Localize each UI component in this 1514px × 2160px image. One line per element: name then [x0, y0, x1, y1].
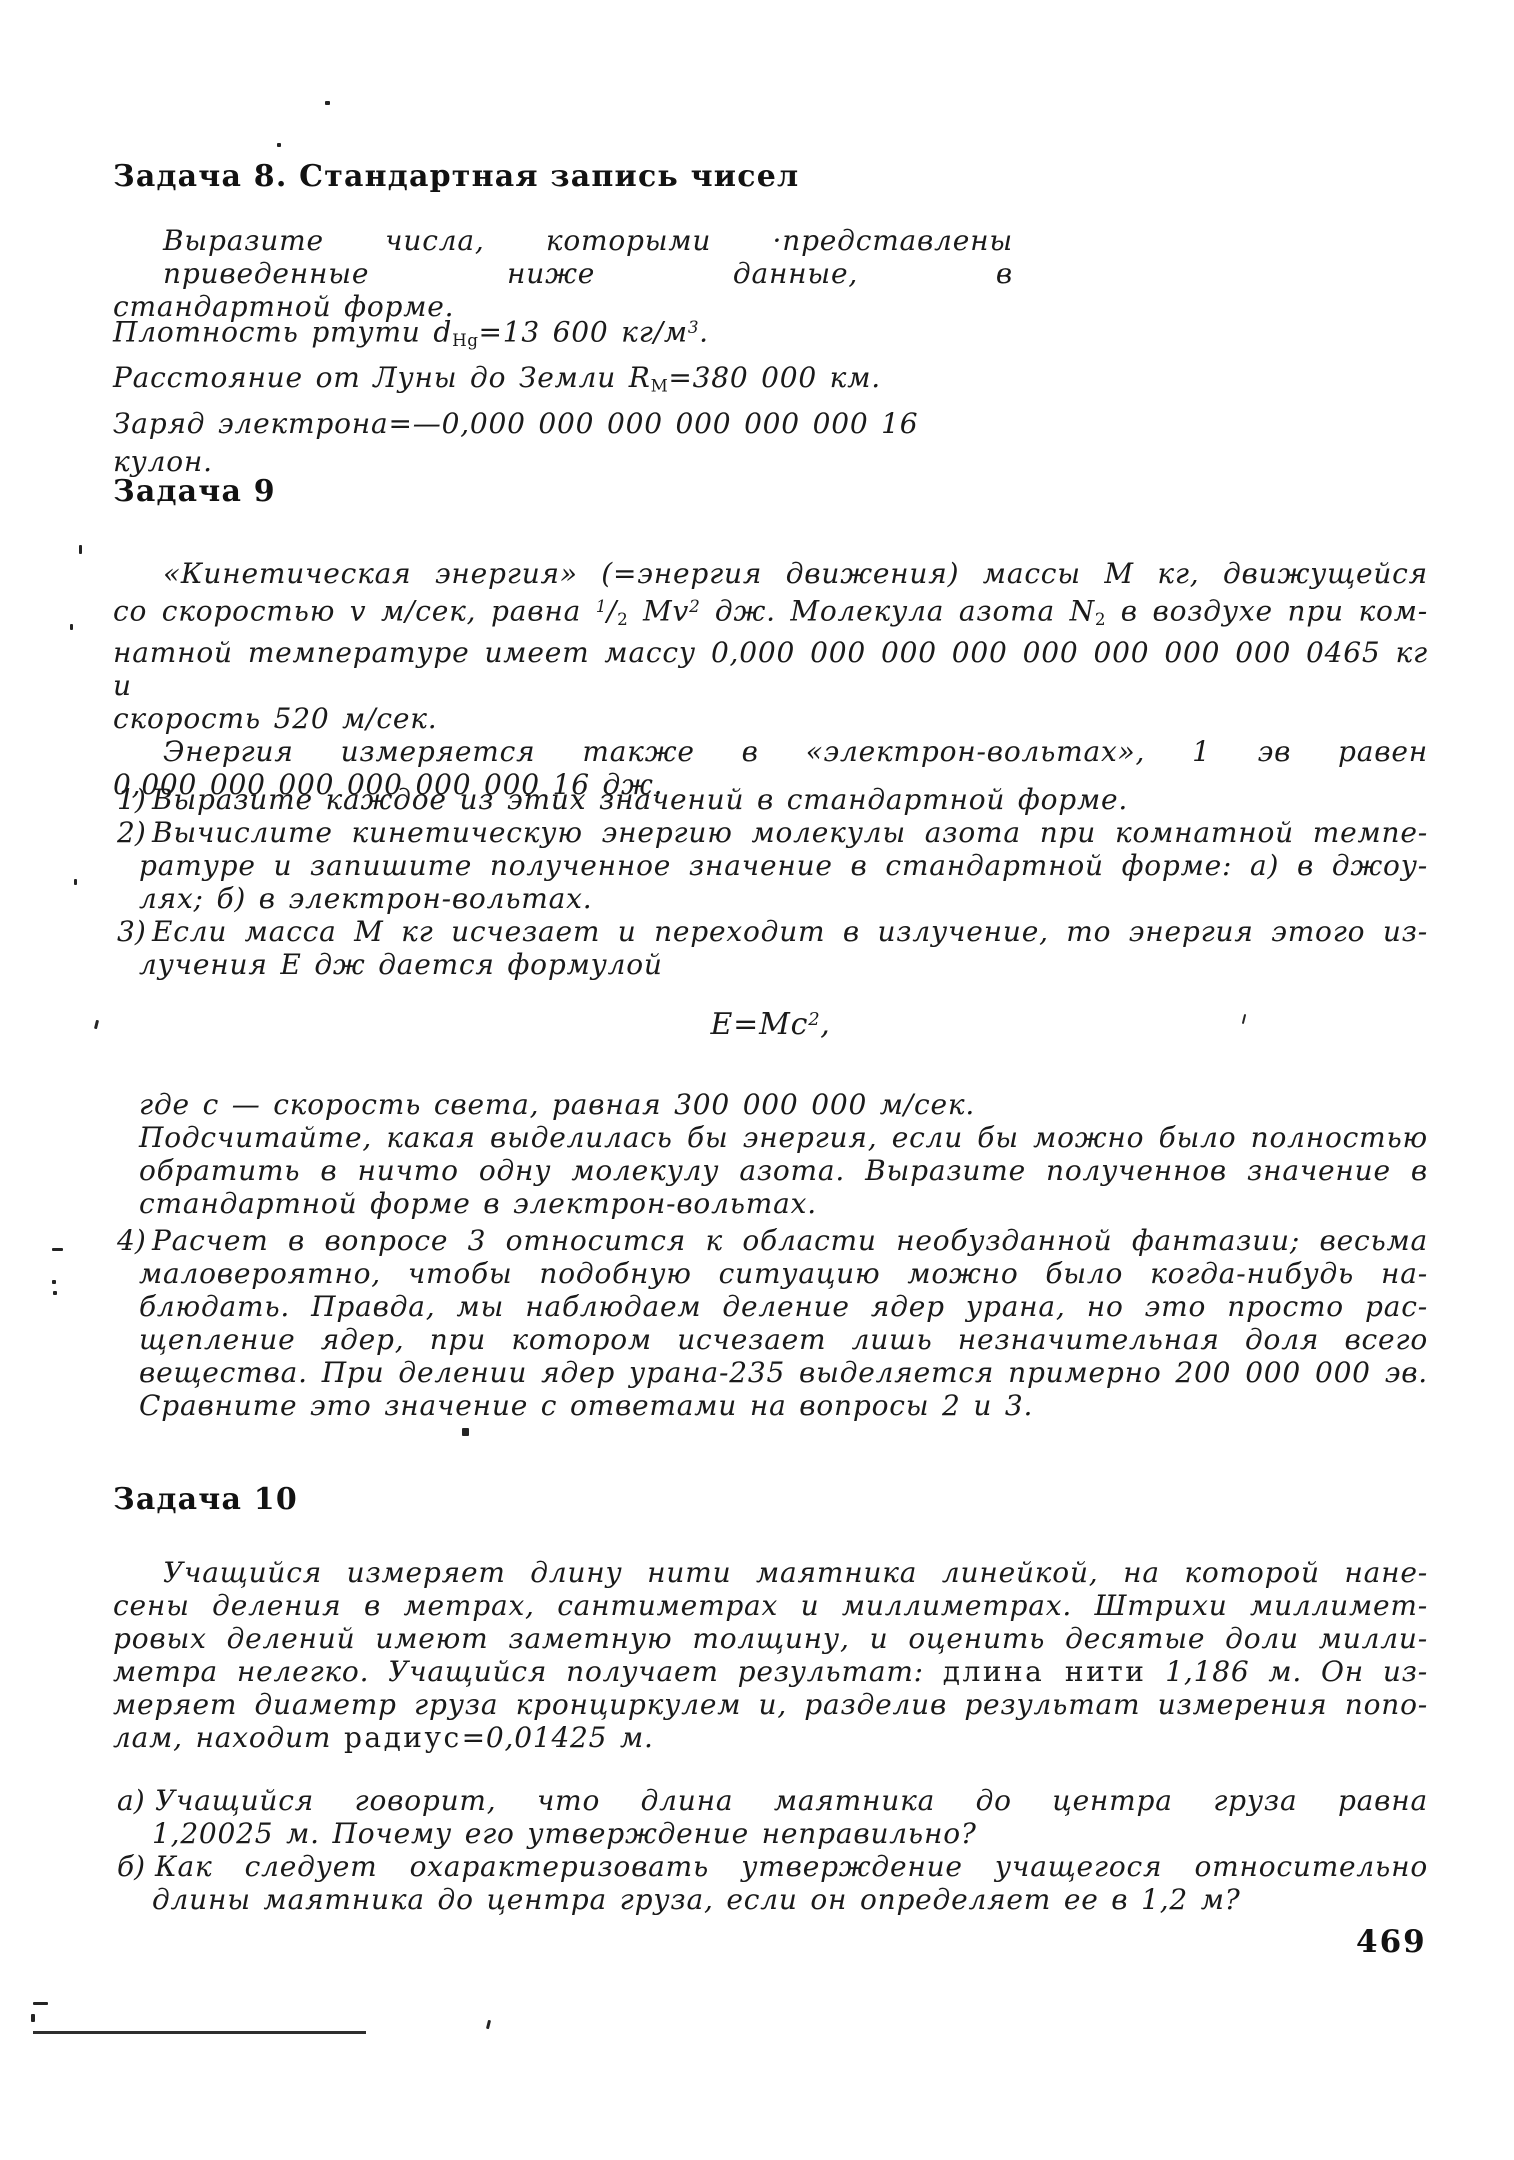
text-segment: радиус — [344, 1721, 462, 1754]
superscript: 1 — [596, 596, 607, 616]
problem-9-item-3-continuation: где с — скорость света, равная 300 000 0… — [139, 1088, 1428, 1220]
text-segment: длина нити — [943, 1655, 1147, 1688]
item-lines: Если масса M кг исчезает и переходит в и… — [113, 915, 1428, 981]
scan-speck — [94, 1020, 99, 1029]
text-line: Учащийся измеряет длину нити маятника ли… — [113, 1556, 1428, 1589]
problem-10-body: Учащийся измеряет длину нити маятника ли… — [113, 1556, 1428, 1754]
problem-10-item-b: б) Как следует охарактеризовать утвержде… — [113, 1850, 1428, 1916]
text-line: меряет диаметр груза кронциркулем и, раз… — [113, 1688, 1428, 1721]
item-lines: Вычислите кинетическую энергию молекулы … — [113, 816, 1428, 915]
scan-speck — [33, 2002, 48, 2005]
scan-speck — [486, 2020, 491, 2029]
problem-9-body: «Кинетическая энергия» (=энергия движени… — [113, 557, 1428, 801]
page-number: 469 — [1356, 1924, 1427, 1960]
text-line: вещества. При делении ядер урана-235 выд… — [113, 1356, 1428, 1389]
text-line: Как следует охарактеризовать утверждение… — [113, 1850, 1428, 1883]
subscript: 2 — [1095, 609, 1106, 629]
text-line: лам, находит радиус=0,01425 м. — [113, 1721, 1428, 1754]
text-line: Учащийся говорит, что длина маятника до … — [113, 1784, 1428, 1817]
problem-10-heading: Задача 10 — [113, 1483, 298, 1517]
text-line: маловероятно, чтобы подобную ситуацию мо… — [113, 1257, 1428, 1290]
item-lines: Как следует охарактеризовать утверждение… — [113, 1850, 1428, 1916]
text-line: 1,20025 м. Почему его утверждение неправ… — [113, 1817, 1428, 1850]
text-line: Выразите числа, которыми ·представлены п… — [113, 224, 1013, 290]
scan-speck — [52, 1280, 56, 1284]
text-line: Сравните это значение с ответами на вопр… — [113, 1389, 1428, 1422]
text-line: блюдать. Правда, мы наблюдаем деление яд… — [113, 1290, 1428, 1323]
problem-9-item-1: 1) Выразите каждое из этих значений в ст… — [113, 783, 1428, 816]
text-line: Если масса M кг исчезает и переходит в и… — [113, 915, 1428, 948]
text-line: лях; б) в электрон-вольтах. — [113, 882, 1428, 915]
superscript: 2 — [808, 1009, 820, 1030]
text-line: «Кинетическая энергия» (=энергия движени… — [113, 557, 1428, 590]
scanned-book-page: Задача 8. Стандартная запись чисел Выраз… — [0, 0, 1514, 2160]
superscript: 3 — [688, 317, 699, 337]
scan-speck — [462, 1428, 469, 1436]
scan-speck — [31, 2014, 35, 2022]
subscript: M — [651, 376, 669, 396]
text-line: сены деления в метрах, сантиметрах и мил… — [113, 1589, 1428, 1622]
text-line: Выразите каждое из этих значений в станд… — [113, 783, 1428, 816]
problem-8-data-lines: Плотность ртути dHg=13 600 кг/м3.Расстоя… — [113, 308, 1013, 481]
text-line: стандартной форме в электрон-вольтах. — [139, 1187, 1428, 1220]
energy-mass-formula: E=Mc2, — [113, 1003, 1428, 1042]
text-line: где с — скорость света, равная 300 000 0… — [139, 1088, 1428, 1121]
scan-speck — [79, 545, 82, 554]
problem-9-item-3: 3) Если масса M кг исчезает и переходит … — [113, 915, 1428, 981]
text-line: ровых делений имеют заметную толщину, и … — [113, 1622, 1428, 1655]
text-line: лучения E дж дается формулой — [113, 948, 1428, 981]
text-line: Энергия измеряется также в «электрон-вол… — [113, 735, 1428, 768]
scan-speck — [70, 624, 73, 630]
text-line: E=Mc2, — [113, 1003, 1428, 1042]
item-lines: Учащийся говорит, что длина маятника до … — [113, 1784, 1428, 1850]
item-lines: Расчет в вопросе 3 относится к области н… — [113, 1224, 1428, 1422]
superscript: 2 — [689, 596, 700, 616]
text-line: со скоростью v м/сек, равна 1/2 Mv2 дж. … — [113, 590, 1428, 636]
problem-10-item-a: а) Учащийся говорит, что длина маятника … — [113, 1784, 1428, 1850]
text-line: Вычислите кинетическую энергию молекулы … — [113, 816, 1428, 849]
scan-speck — [325, 101, 330, 105]
text-line: Подсчитайте, какая выделилась бы энергия… — [139, 1121, 1428, 1154]
text-line: длины маятника до центра груза, если он … — [113, 1883, 1428, 1916]
subscript: Hg — [452, 330, 478, 350]
item-lines: Выразите каждое из этих значений в станд… — [113, 783, 1428, 816]
scan-artifact-line — [33, 2031, 366, 2034]
problem-9-item-2: 2) Вычислите кинетическую энергию молеку… — [113, 816, 1428, 915]
scan-speck — [52, 1248, 63, 1251]
scan-speck — [53, 1291, 57, 1295]
problem-9-item-4: 4) Расчет в вопросе 3 относится к област… — [113, 1224, 1428, 1422]
text-line: щепление ядер, при котором исчезает лишь… — [113, 1323, 1428, 1356]
text-line: Плотность ртути dHg=13 600 кг/м3. — [113, 308, 1013, 359]
subscript: 2 — [617, 609, 628, 629]
text-line: обратить в ничто одну молекулу азота. Вы… — [139, 1154, 1428, 1187]
text-line: Расстояние от Луны до Земли RM=380 000 к… — [113, 359, 1013, 405]
scan-speck — [74, 879, 77, 885]
scan-speck — [277, 143, 281, 147]
text-line: Расчет в вопросе 3 относится к области н… — [113, 1224, 1428, 1257]
text-line: Заряд электрона=—0,000 000 000 000 000 0… — [113, 405, 1013, 481]
text-line: натной температуре имеет массу 0,000 000… — [113, 636, 1428, 702]
problem-9-heading: Задача 9 — [113, 475, 276, 509]
text-line: метра нелегко. Учащийся получает результ… — [113, 1655, 1428, 1688]
problem-8-heading: Задача 8. Стандартная запись чисел — [113, 160, 799, 194]
text-line: скорость 520 м/сек. — [113, 702, 1428, 735]
text-line: ратуре и запишите полученное значение в … — [113, 849, 1428, 882]
